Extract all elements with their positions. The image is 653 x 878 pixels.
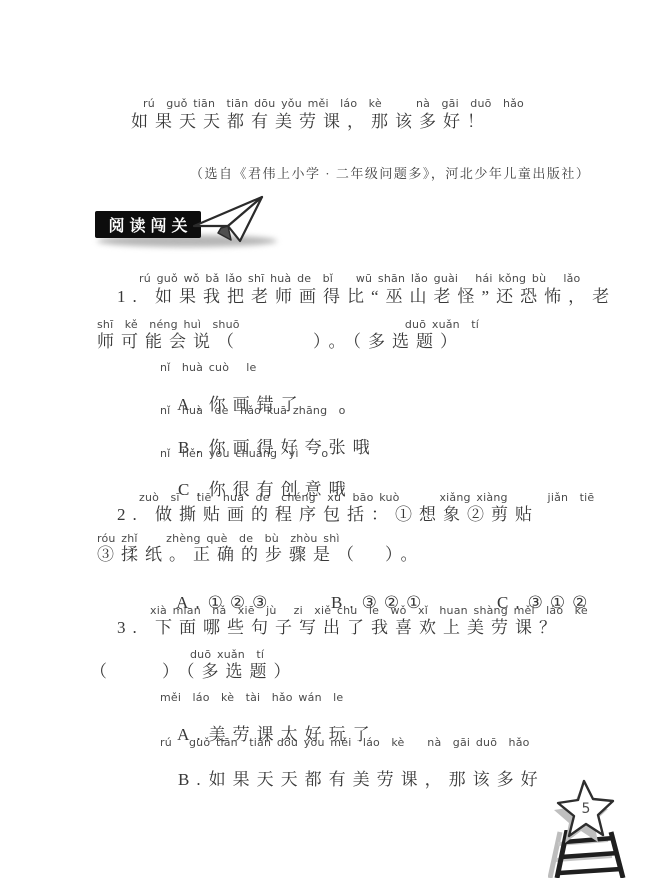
textbook-page: rú guǒ tiān tiān dōu yǒu měi láo kè nà g… xyxy=(0,0,653,878)
q3-option-b-label: B. xyxy=(178,770,208,789)
page-number-star-icon: 5 xyxy=(553,777,623,849)
question-1-text-line-2: 师可能会说（ ）。（多选题） xyxy=(97,332,464,352)
question-2-text-line-1: 2. 做撕贴画的程序包括：①想象②剪贴 xyxy=(117,505,539,525)
question-3-text-line-2: （ ）（多选题） xyxy=(90,662,298,682)
question-2-pinyin-line-2: róu zhǐ zhèng què de bù zhòu shì xyxy=(97,532,340,545)
q3-option-b-pinyin: rú guǒ tiān tiān dōu yǒu měi láo kè nà g… xyxy=(160,736,530,749)
question-3-text-line-1: 3. 下面哪些句子写出了我喜欢上美劳课？ xyxy=(117,618,563,638)
q1-option-b-pinyin: nǐ huà de hǎo kuā zhāng o xyxy=(160,404,346,417)
excerpt-text: 如果天天都有美劳课，那该多好！ xyxy=(131,112,491,132)
excerpt-pinyin: rú guǒ tiān tiān dōu yǒu měi láo kè nà g… xyxy=(143,97,524,110)
question-3-pinyin-line-1: xià mian nǎ xiē jù zi xiě chu le wǒ xǐ h… xyxy=(150,604,588,617)
q3-option-a-pinyin: měi láo kè tài hǎo wán le xyxy=(160,691,343,704)
q3-option-b: B.如果天天都有美劳课，那该多好 xyxy=(133,750,545,810)
question-1-pinyin-line-1: rú guǒ wǒ bǎ lǎo shī huà de bǐ wū shān l… xyxy=(139,272,580,285)
paper-airplane-icon xyxy=(191,194,267,248)
question-1-pinyin-line-2: shī kě néng huì shuō duō xuǎn tí xyxy=(97,318,479,331)
source-citation: （选自《君伟上小学 · 二年级问题多》，河北少年儿童出版社） xyxy=(190,163,590,182)
q1-option-c-pinyin: nǐ hěn yǒu chuàng yì o xyxy=(160,447,328,460)
q1-option-a-pinyin: nǐ huà cuò le xyxy=(160,361,256,374)
question-2-text-line-2: ③揉纸。正确的步骤是（ ）。 xyxy=(97,545,425,565)
question-2-pinyin-line-1: zuò sī tiē huà de chéng xù bāo kuò xiǎng… xyxy=(139,491,594,504)
question-3-pinyin-line-2: duō xuǎn tí xyxy=(190,648,264,661)
question-1-text-line-1: 1. 如果我把老师画得比“巫山老怪”还恐怖，老 xyxy=(117,287,616,307)
q3-option-b-text: 如果天天都有美劳课，那该多好 xyxy=(209,770,545,789)
section-banner-label: 阅读闯关 xyxy=(103,213,192,236)
page-number: 5 xyxy=(582,801,591,817)
section-banner: 阅读闯关 xyxy=(95,211,201,238)
